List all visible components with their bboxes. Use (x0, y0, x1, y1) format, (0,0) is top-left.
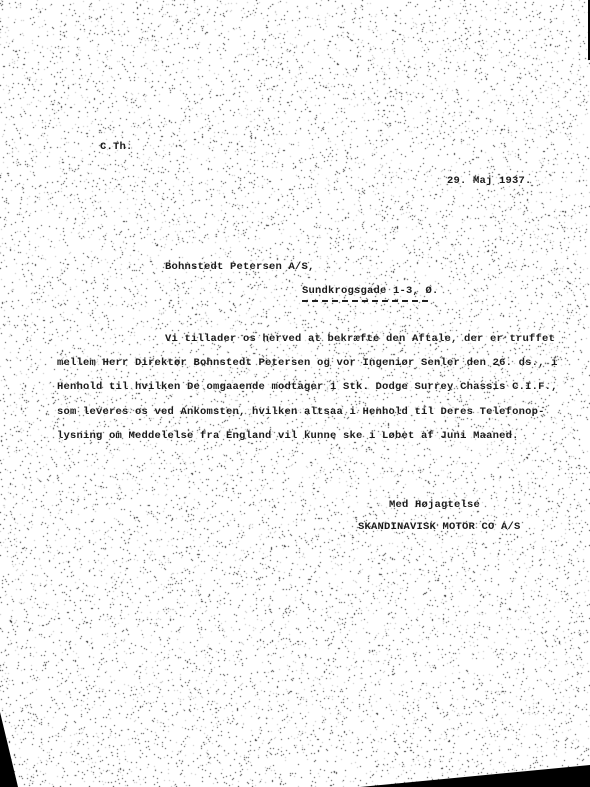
body-line: Vi tillader os herved at bekræfte den Af… (165, 333, 555, 345)
body-line: som leveres os ved Ankomsten, hvilken al… (57, 406, 545, 418)
recipient-address: Sundkrogsgade 1-3, Ø. (302, 285, 439, 297)
scan-edge-bottom-left (0, 712, 18, 787)
letter-date: 29. Maj 1937. (447, 175, 532, 187)
address-underline (302, 300, 428, 302)
letter-page: C.Th. 29. Maj 1937. Bohnstedt Petersen A… (0, 0, 590, 787)
scan-edge-bottom-right (360, 765, 590, 787)
body-line: lysning om Meddelelse fra England vil ku… (57, 430, 519, 442)
body-line: mellem Herr Direktør Bohnstedt Petersen … (57, 357, 558, 369)
recipient-name: Bohnstedt Petersen A/S, (165, 261, 315, 273)
reference-initials: C.Th. (100, 141, 133, 153)
body-line: Henhold til hvilken De omgaaende modtage… (57, 381, 558, 393)
closing-salutation: Med Højagtelse (389, 499, 480, 511)
signature-company: SKANDINAVISK MOTOR CO A/S (358, 521, 521, 533)
